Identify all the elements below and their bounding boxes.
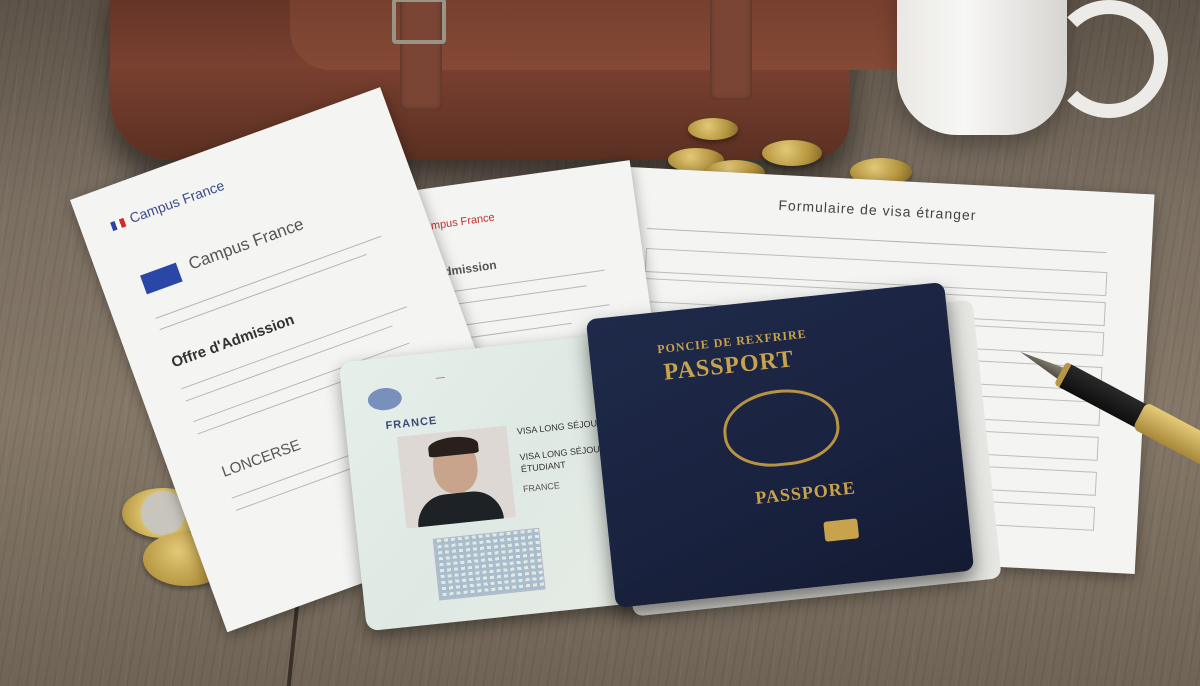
coin (688, 118, 738, 140)
bag-strap (710, 0, 752, 100)
bag-flap (290, 0, 930, 70)
coat-of-arms-icon (367, 386, 403, 411)
campus-logo-block (140, 263, 183, 295)
leather-bag (110, 0, 850, 160)
card-line-4: FRANCE (522, 480, 560, 494)
qr-code (433, 528, 546, 601)
card-country: FRANCE (385, 415, 438, 432)
card-header: — (435, 372, 445, 383)
passport-bottom-text: PASSPORE (754, 477, 856, 508)
section-label: LONCERSE (220, 437, 303, 481)
passport: PONCIE DE REXFRIRE PASSPORT PASSPORE (586, 282, 974, 608)
cup-handle (1050, 0, 1168, 118)
flag-icon (110, 218, 126, 231)
buckle (392, 0, 446, 44)
biometric-chip-icon (823, 518, 859, 541)
shirt (415, 488, 504, 527)
coin (762, 140, 822, 166)
form-title: Formulaire de visa étranger (778, 197, 977, 223)
id-photo (397, 426, 516, 529)
letter-logo: Campus France (108, 177, 226, 233)
coat-of-arms-icon (720, 384, 843, 472)
letter-heading: Campus France (186, 214, 306, 274)
card-line-3: ÉTUDIANT (520, 460, 566, 475)
letter-title: Offre d'Admission (169, 311, 296, 371)
coffee-cup (897, 0, 1067, 135)
